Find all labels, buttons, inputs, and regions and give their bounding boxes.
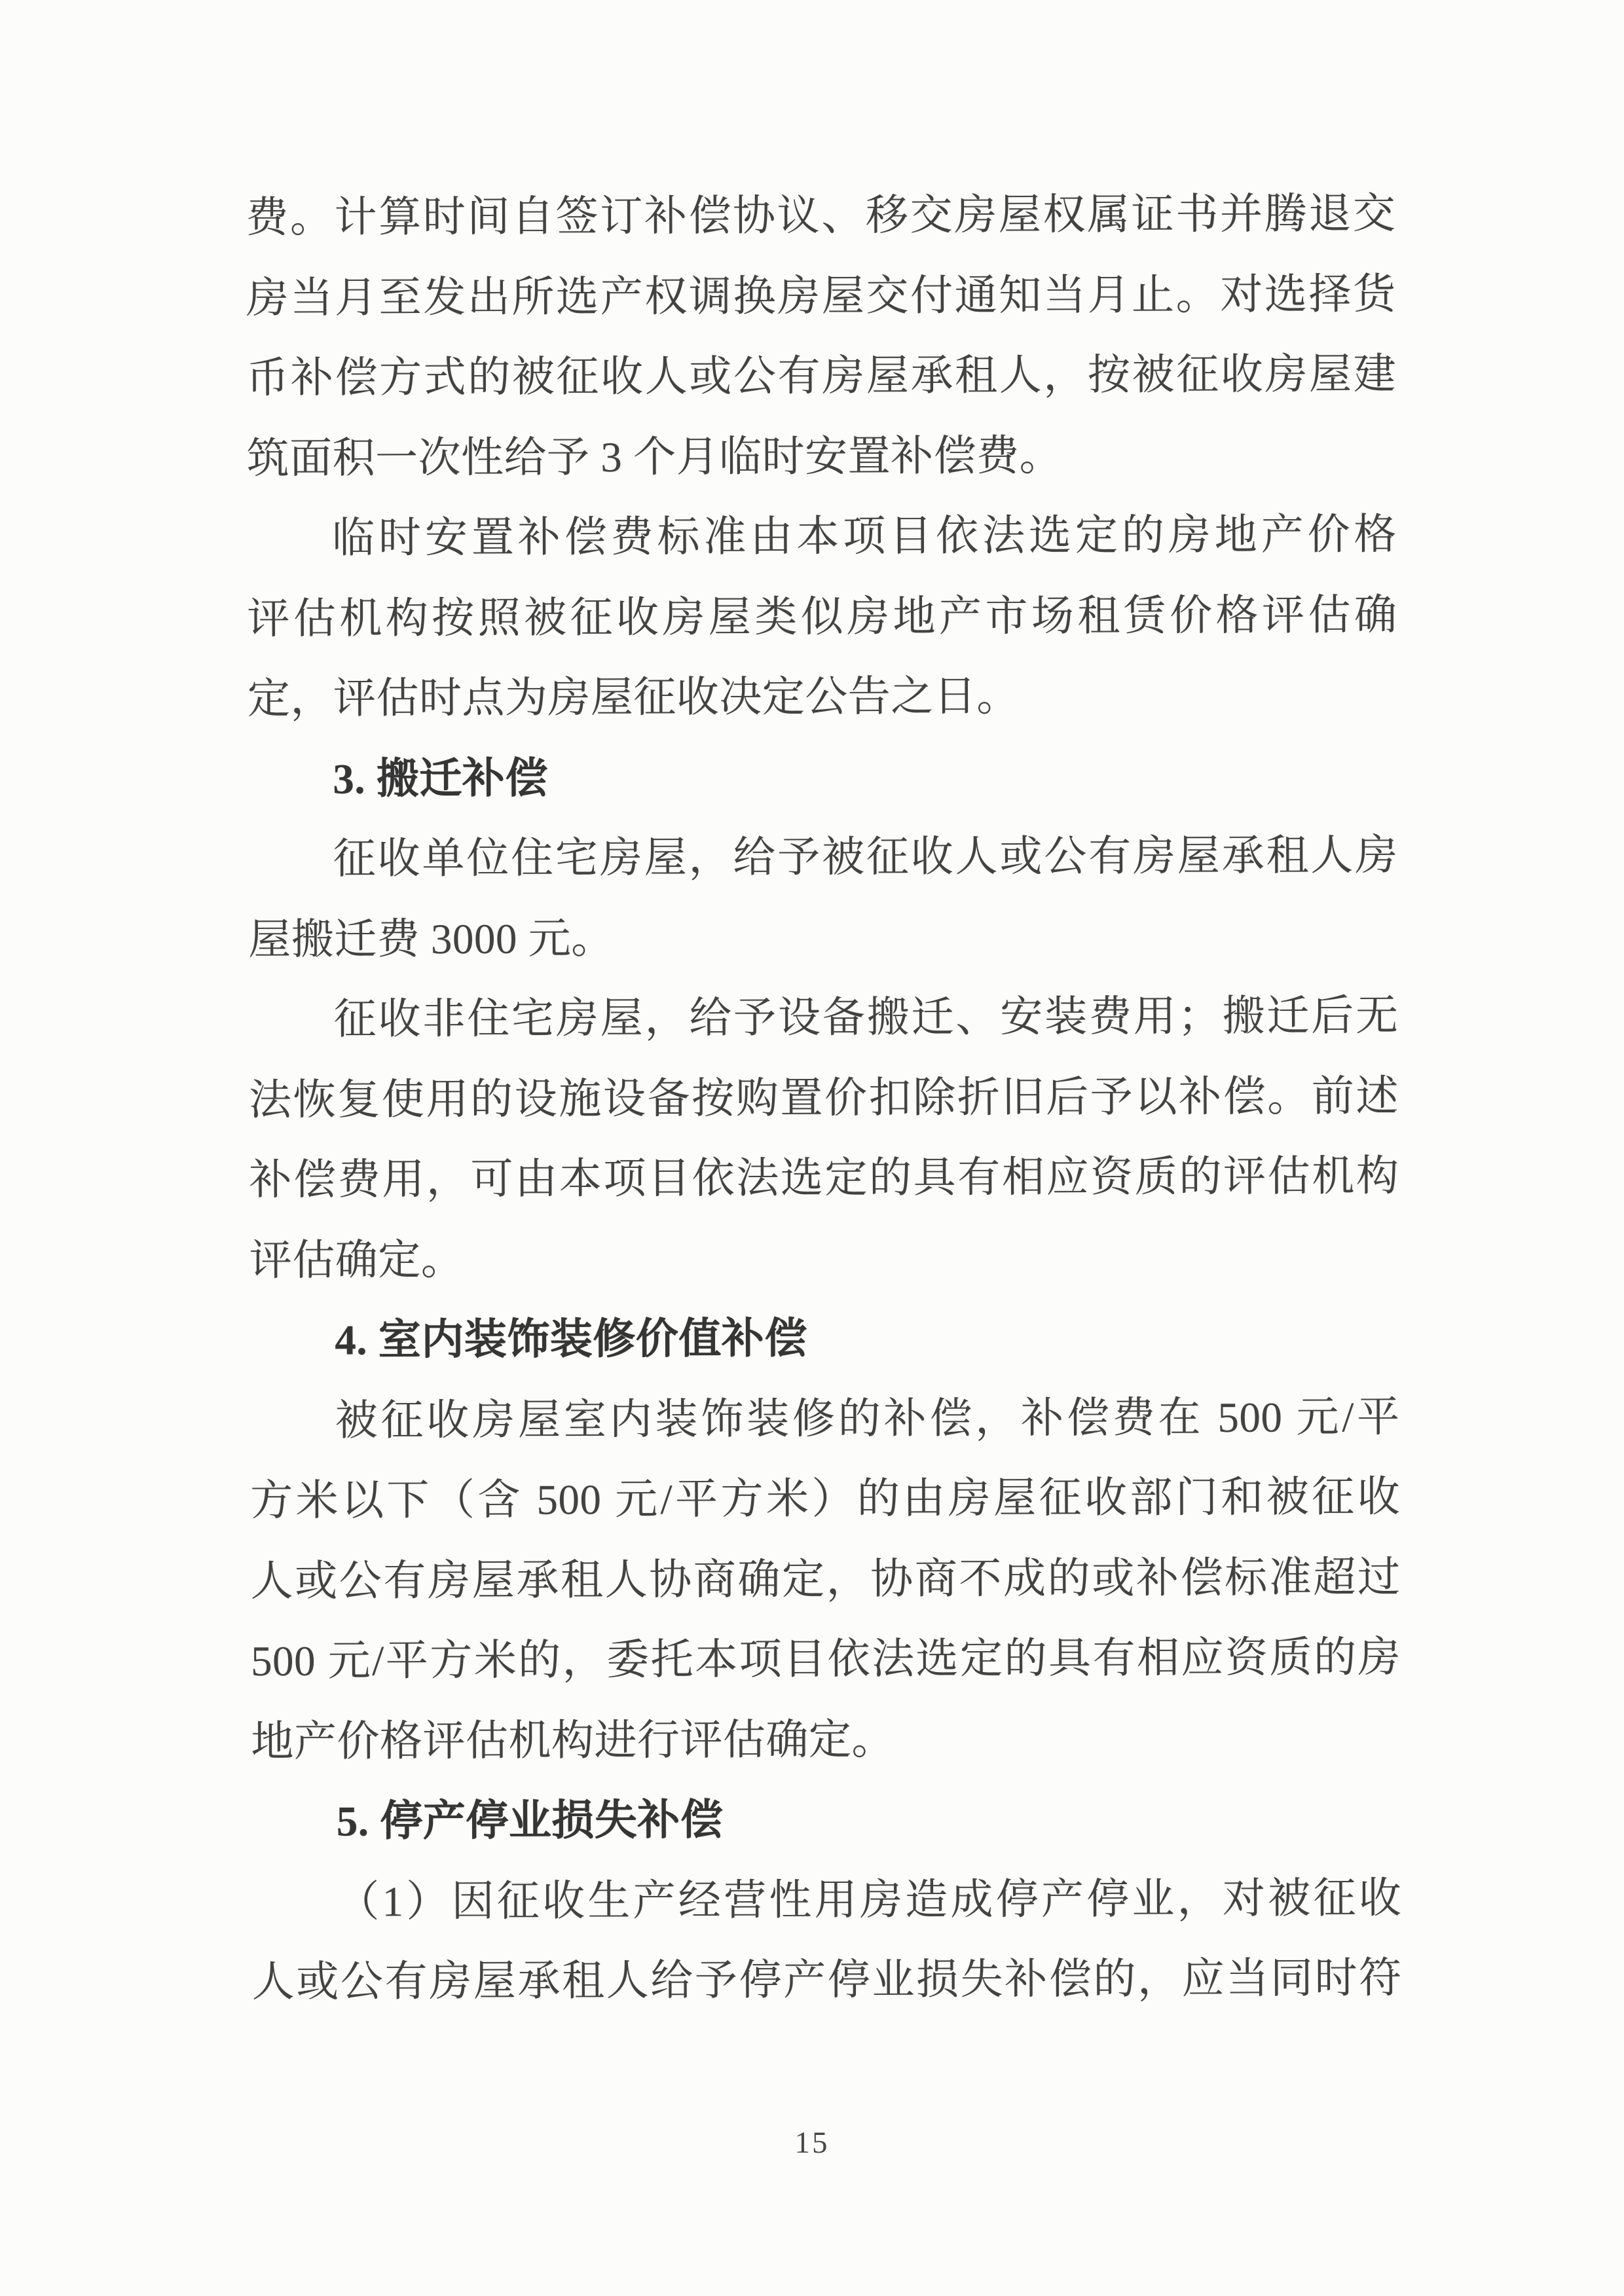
text-line-19: 500 元/平方米的，委托本项目依法选定的具有相应资质的房 [251,1618,1401,1702]
text-line-1: 费。计算时间自签订补偿协议、移交房屋权属证书并腾退交 [246,174,1395,259]
text-line-14: 评估确定。 [249,1216,1399,1301]
document-text-block: 费。计算时间自签订补偿协议、移交房屋权属证书并腾退交房当月至发出所选产权调换房屋… [246,174,1402,2023]
text-line-20: 地产价格评估机构进行评估确定。 [251,1698,1401,1782]
text-line-9: 征收单位住宅房屋，给予被征收人或公有房屋承租人房 [248,816,1398,900]
text-line-15: 4. 室内装饰装修价值补偿 [249,1297,1399,1381]
text-line-2: 房当月至发出所选产权调换房屋交付通知当月止。对选择货 [246,254,1396,338]
text-line-11: 征收非住宅房屋，给予设备搬迁、安装费用；搬迁后无 [248,976,1398,1061]
text-line-6: 评估机构按照被征收房屋类似房地产市场租赁价格评估确 [247,575,1397,659]
text-line-10: 屋搬迁费 3000 元。 [248,896,1398,980]
text-line-21: 5. 停产停业损失补偿 [251,1778,1401,1863]
text-line-16: 被征收房屋室内装饰装修的补偿，补偿费在 500 元/平 [250,1377,1400,1461]
text-line-5: 临时安置补偿费标准由本项目依法选定的房地产价格 [247,495,1397,579]
scanned-document-page: 费。计算时间自签订补偿协议、移交房屋权属证书并腾退交房当月至发出所选产权调换房屋… [0,0,1624,2296]
text-line-3: 币补偿方式的被征收人或公有房屋承租人，按被征收房屋建 [246,335,1396,419]
text-line-4: 筑面积一次性给予 3 个月临时安置补偿费。 [246,414,1396,499]
text-line-12: 法恢复使用的设施设备按购置价扣除折旧后予以补偿。前述 [249,1056,1399,1140]
text-line-23: 人或公有房屋承租人给予停产停业损失补偿的，应当同时符 [251,1939,1401,2023]
text-line-7: 定，评估时点为房屋征收决定公告之日。 [248,655,1397,740]
text-line-18: 人或公有房屋承租人协商确定，协商不成的或补偿标准超过 [250,1537,1400,1622]
text-line-22: （1）因征收生产经营性用房造成停产停业，对被征收 [251,1858,1401,1942]
text-line-13: 补偿费用，可由本项目依法选定的具有相应资质的评估机构 [249,1137,1399,1221]
text-line-17: 方米以下（含 500 元/平方米）的由房屋征收部门和被征收 [250,1457,1400,1542]
text-line-8: 3. 搬迁补偿 [248,735,1397,820]
page-number: 15 [0,2120,1624,2166]
